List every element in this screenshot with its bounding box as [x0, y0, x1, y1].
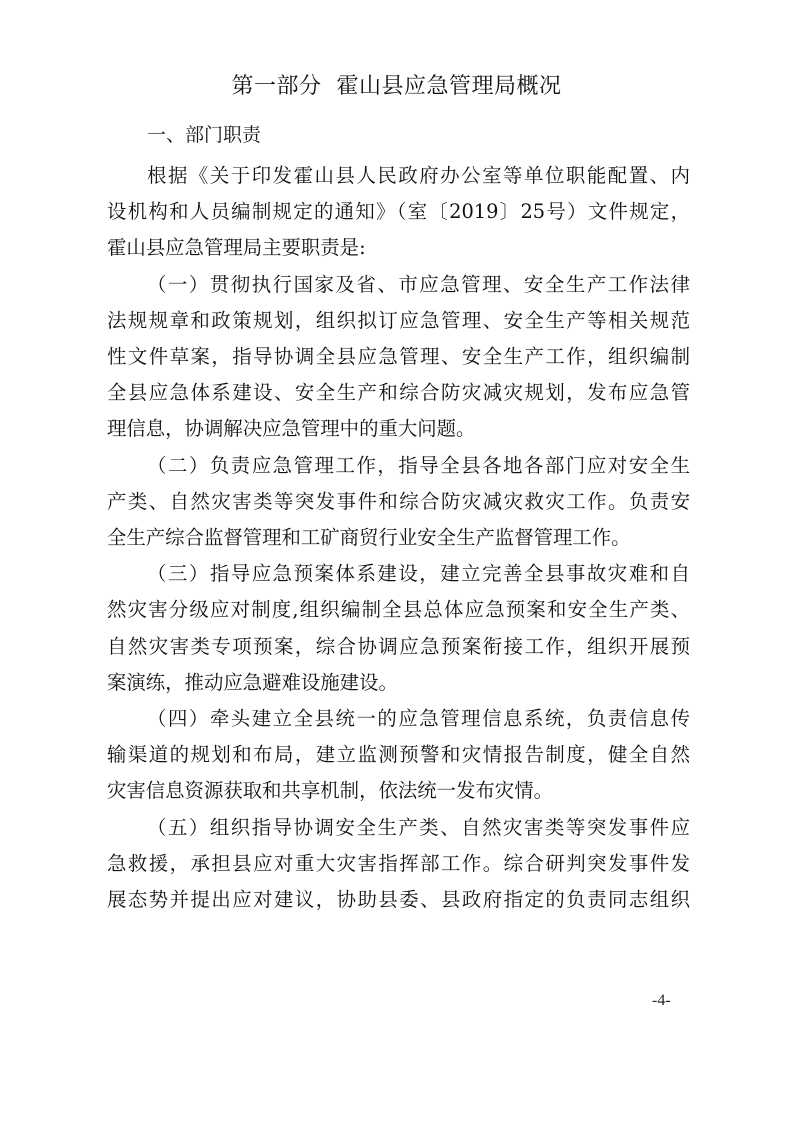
text-line: （一）贯彻执行国家及省、市应急管理、安全生产工作法律	[107, 267, 690, 303]
section-heading: 一、部门职责	[147, 120, 261, 150]
text-line: 案演练，推动应急避难设施建设。	[107, 665, 690, 701]
page-title: 第一部分 霍山县应急管理局概况	[0, 70, 793, 104]
paragraph-duty-3: （三）指导应急预案体系建设，建立完善全县事故灾难和自 然灾害分级应对制度,组织编…	[107, 556, 690, 701]
text-line: （三）指导应急预案体系建设，建立完善全县事故灾难和自	[107, 556, 690, 592]
text-line: （二）负责应急管理工作，指导全县各地各部门应对安全生	[107, 448, 690, 484]
text-line: 自然灾害类专项预案，综合协调应急预案衔接工作，组织开展预	[107, 629, 690, 665]
paragraph-duty-4: （四）牵头建立全县统一的应急管理信息系统，负责信息传 输渠道的规划和布局，建立监…	[107, 701, 690, 810]
text-line: 性文件草案，指导协调全县应急管理、安全生产工作，组织编制	[107, 339, 690, 375]
document-body: 根据《关于印发霍山县人民政府办公室等单位职能配置、内 设机构和人员编制规定的通知…	[107, 158, 690, 918]
text-line: （四）牵头建立全县统一的应急管理信息系统，负责信息传	[107, 701, 690, 737]
text-line: 霍山县应急管理局主要职责是:	[107, 230, 690, 266]
text-line: 然灾害分级应对制度,组织编制全县总体应急预案和安全生产类、	[107, 592, 690, 628]
text-line: 输渠道的规划和布局，建立监测预警和灾情报告制度，健全自然	[107, 737, 690, 773]
text-line: （五）组织指导协调安全生产类、自然灾害类等突发事件应	[107, 810, 690, 846]
paragraph-duty-2: （二）负责应急管理工作，指导全县各地各部门应对安全生 产类、自然灾害类等突发事件…	[107, 448, 690, 557]
document-page: 第一部分 霍山县应急管理局概况 一、部门职责 根据《关于印发霍山县人民政府办公室…	[0, 0, 793, 1122]
text-line: 法规规章和政策规划，组织拟订应急管理、安全生产等相关规范	[107, 303, 690, 339]
paragraph-intro: 根据《关于印发霍山县人民政府办公室等单位职能配置、内 设机构和人员编制规定的通知…	[107, 158, 690, 267]
text-line: 设机构和人员编制规定的通知》（室〔2019〕25号）文件规定，	[107, 194, 690, 230]
text-line: 全生产综合监督管理和工矿商贸行业安全生产监督管理工作。	[107, 520, 690, 556]
page-number: -4-	[652, 992, 671, 1010]
text-line: 全县应急体系建设、安全生产和综合防灾减灾规划，发布应急管	[107, 375, 690, 411]
text-line: 急救援，承担县应对重大灾害指挥部工作。综合研判突发事件发	[107, 846, 690, 882]
text-line: 理信息，协调解决应急管理中的重大问题。	[107, 411, 690, 447]
text-line: 根据《关于印发霍山县人民政府办公室等单位职能配置、内	[107, 158, 690, 194]
paragraph-duty-1: （一）贯彻执行国家及省、市应急管理、安全生产工作法律 法规规章和政策规划，组织拟…	[107, 267, 690, 448]
text-line: 展态势并提出应对建议，协助县委、县政府指定的负责同志组织	[107, 882, 690, 918]
paragraph-duty-5: （五）组织指导协调安全生产类、自然灾害类等突发事件应 急救援，承担县应对重大灾害…	[107, 810, 690, 919]
text-line: 产类、自然灾害类等突发事件和综合防灾减灾救灾工作。负责安	[107, 484, 690, 520]
text-line: 灾害信息资源获取和共享机制，依法统一发布灾情。	[107, 773, 690, 809]
